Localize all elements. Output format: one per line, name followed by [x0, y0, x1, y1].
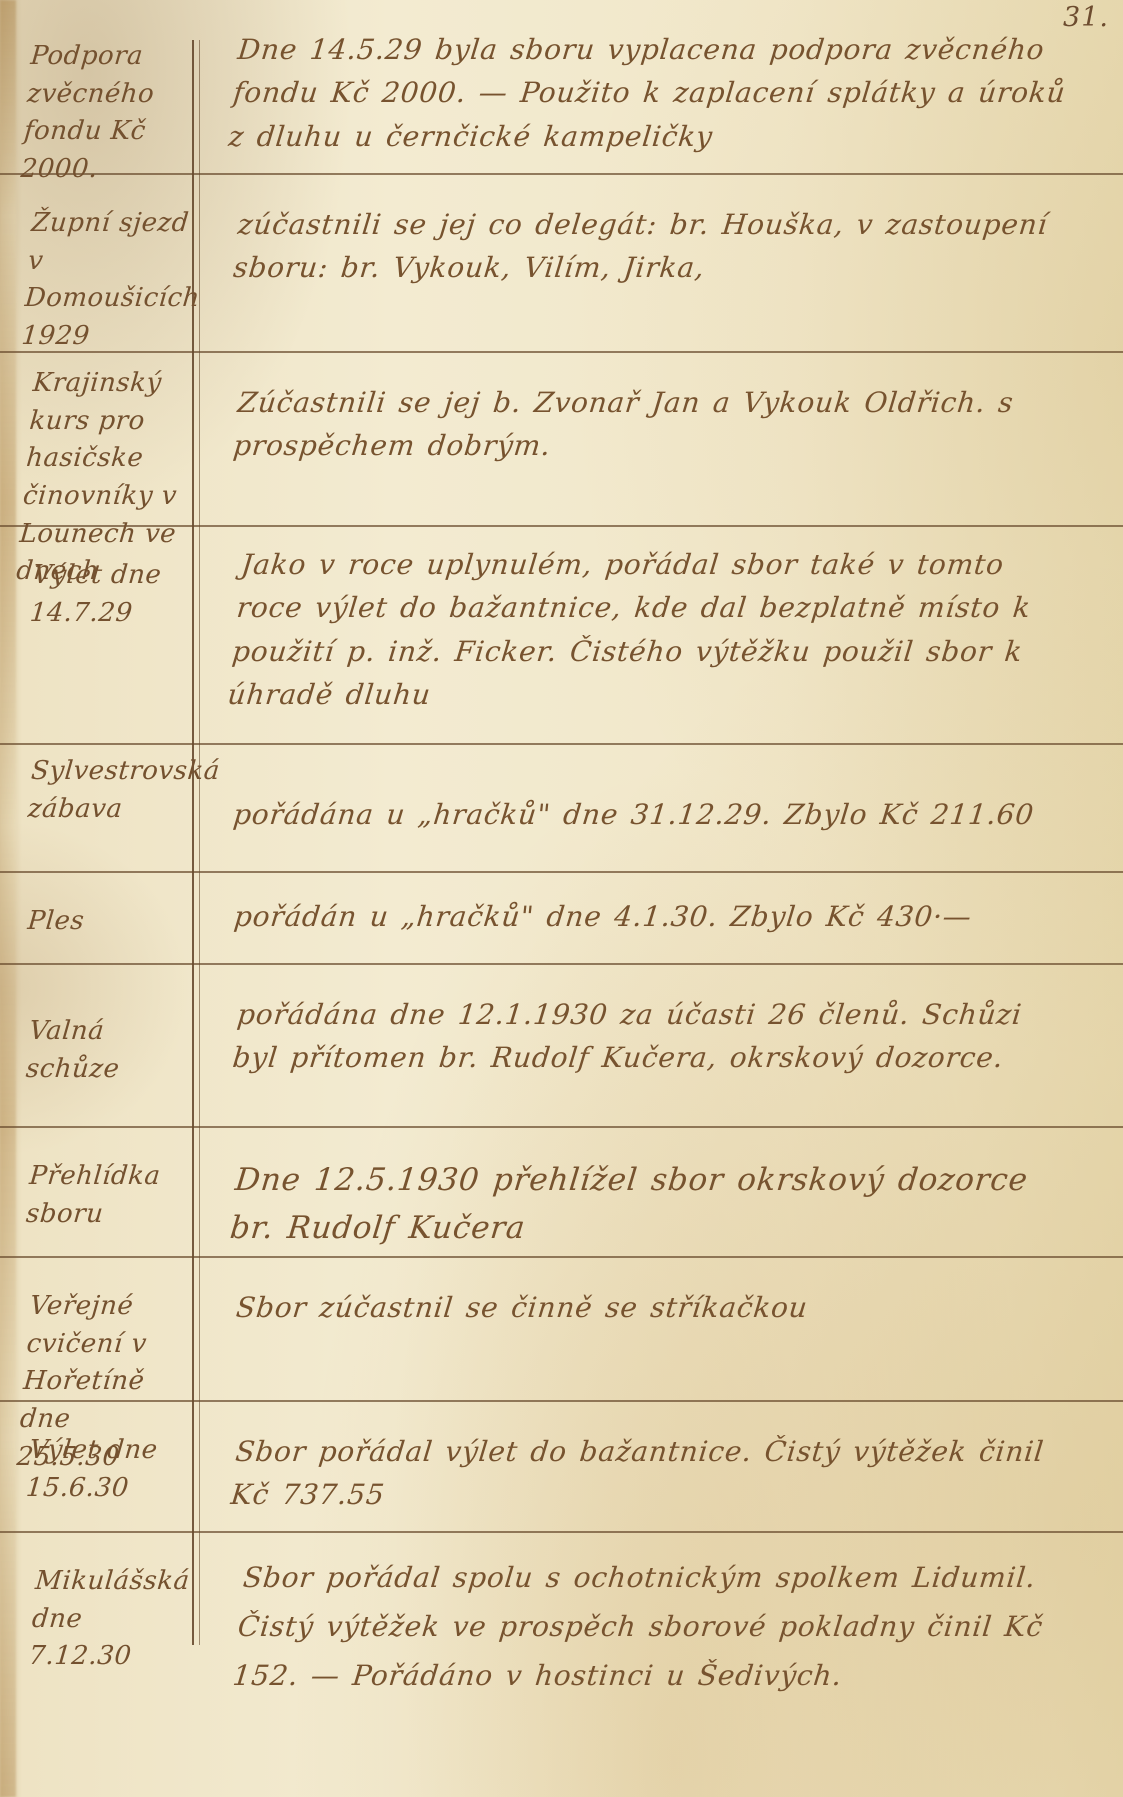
entry-heading: Výlet dne 15.6.30	[0, 1402, 202, 1531]
entry-row: Sylvestrovská zábava pořádána u „hračků"…	[0, 745, 1123, 873]
entry-row: Veřejné cvičení v Hořetíně dne 25.5.30 S…	[0, 1258, 1123, 1402]
entry-body: Dne 14.5.29 byla sboru vyplacena podpora…	[187, 0, 1123, 173]
entry-heading: Podpora zvěcného fondu Kč 2000.	[0, 0, 204, 173]
entry-heading: Sylvestrovská zábava	[0, 745, 202, 871]
entry-body: pořádán u „hračků" dne 4.1.30. Zbylo Kč …	[191, 873, 1123, 963]
entry-row: Ples pořádán u „hračků" dne 4.1.30. Zbyl…	[0, 873, 1123, 965]
entry-body: Sbor zúčastnil se činně se stříkačkou	[189, 1258, 1123, 1400]
entry-body: Sbor pořádal výlet do bažantnice. Čistý …	[189, 1402, 1123, 1531]
entry-row: Krajinský kurs pro hasičske činovníky v …	[0, 353, 1123, 527]
entry-heading: Přehlídka sboru	[0, 1128, 202, 1256]
entry-body: Sbor pořádal spolu s ochotnickým spolkem…	[182, 1533, 1123, 1797]
entry-heading: Veřejné cvičení v Hořetíně dne 25.5.30	[0, 1258, 202, 1400]
chronicle-page: 31. Podpora zvěcného fondu Kč 2000. Dne …	[0, 0, 1123, 1797]
entry-heading: Výlet dne 14.7.29	[0, 527, 205, 743]
entry-row: Přehlídka sboru Dne 12.5.1930 přehlížel …	[0, 1128, 1123, 1258]
entry-body: Jako v roce uplynulém, pořádal sbor také…	[185, 527, 1123, 743]
entry-row: Výlet dne 15.6.30 Sbor pořádal výlet do …	[0, 1402, 1123, 1533]
entry-body: Zúčastnili se jej b. Zvonař Jan a Vykouk…	[187, 353, 1123, 525]
entry-body: pořádána u „hračků" dne 31.12.29. Zbylo …	[189, 745, 1123, 871]
entry-row: Mikulášská dne 7.12.30 Sbor pořádal spol…	[0, 1533, 1123, 1797]
entry-body: zúčastnili se jej co delegát: br. Houška…	[187, 175, 1123, 351]
entry-row: Župní sjezd v Domoušicích 1929 zúčastnil…	[0, 175, 1123, 353]
entry-row: Podpora zvěcného fondu Kč 2000. Dne 14.5…	[0, 0, 1123, 175]
entry-body: Dne 12.5.1930 přehlížel sbor okrskový do…	[189, 1128, 1123, 1256]
entry-body: pořádána dne 12.1.1930 za účasti 26 člen…	[188, 965, 1123, 1126]
entry-heading: Mikulášská dne 7.12.30	[0, 1533, 208, 1797]
entry-row: Výlet dne 14.7.29 Jako v roce uplynulém,…	[0, 527, 1123, 745]
entry-heading: Krajinský kurs pro hasičske činovníky v …	[0, 353, 204, 525]
entry-heading: Valná schůze	[0, 965, 203, 1126]
entry-rows: Podpora zvěcného fondu Kč 2000. Dne 14.5…	[0, 0, 1123, 1797]
entry-heading: Župní sjezd v Domoušicích 1929	[0, 175, 204, 351]
entry-heading: Ples	[0, 873, 200, 963]
entry-row: Valná schůze pořádána dne 12.1.1930 za ú…	[0, 965, 1123, 1128]
